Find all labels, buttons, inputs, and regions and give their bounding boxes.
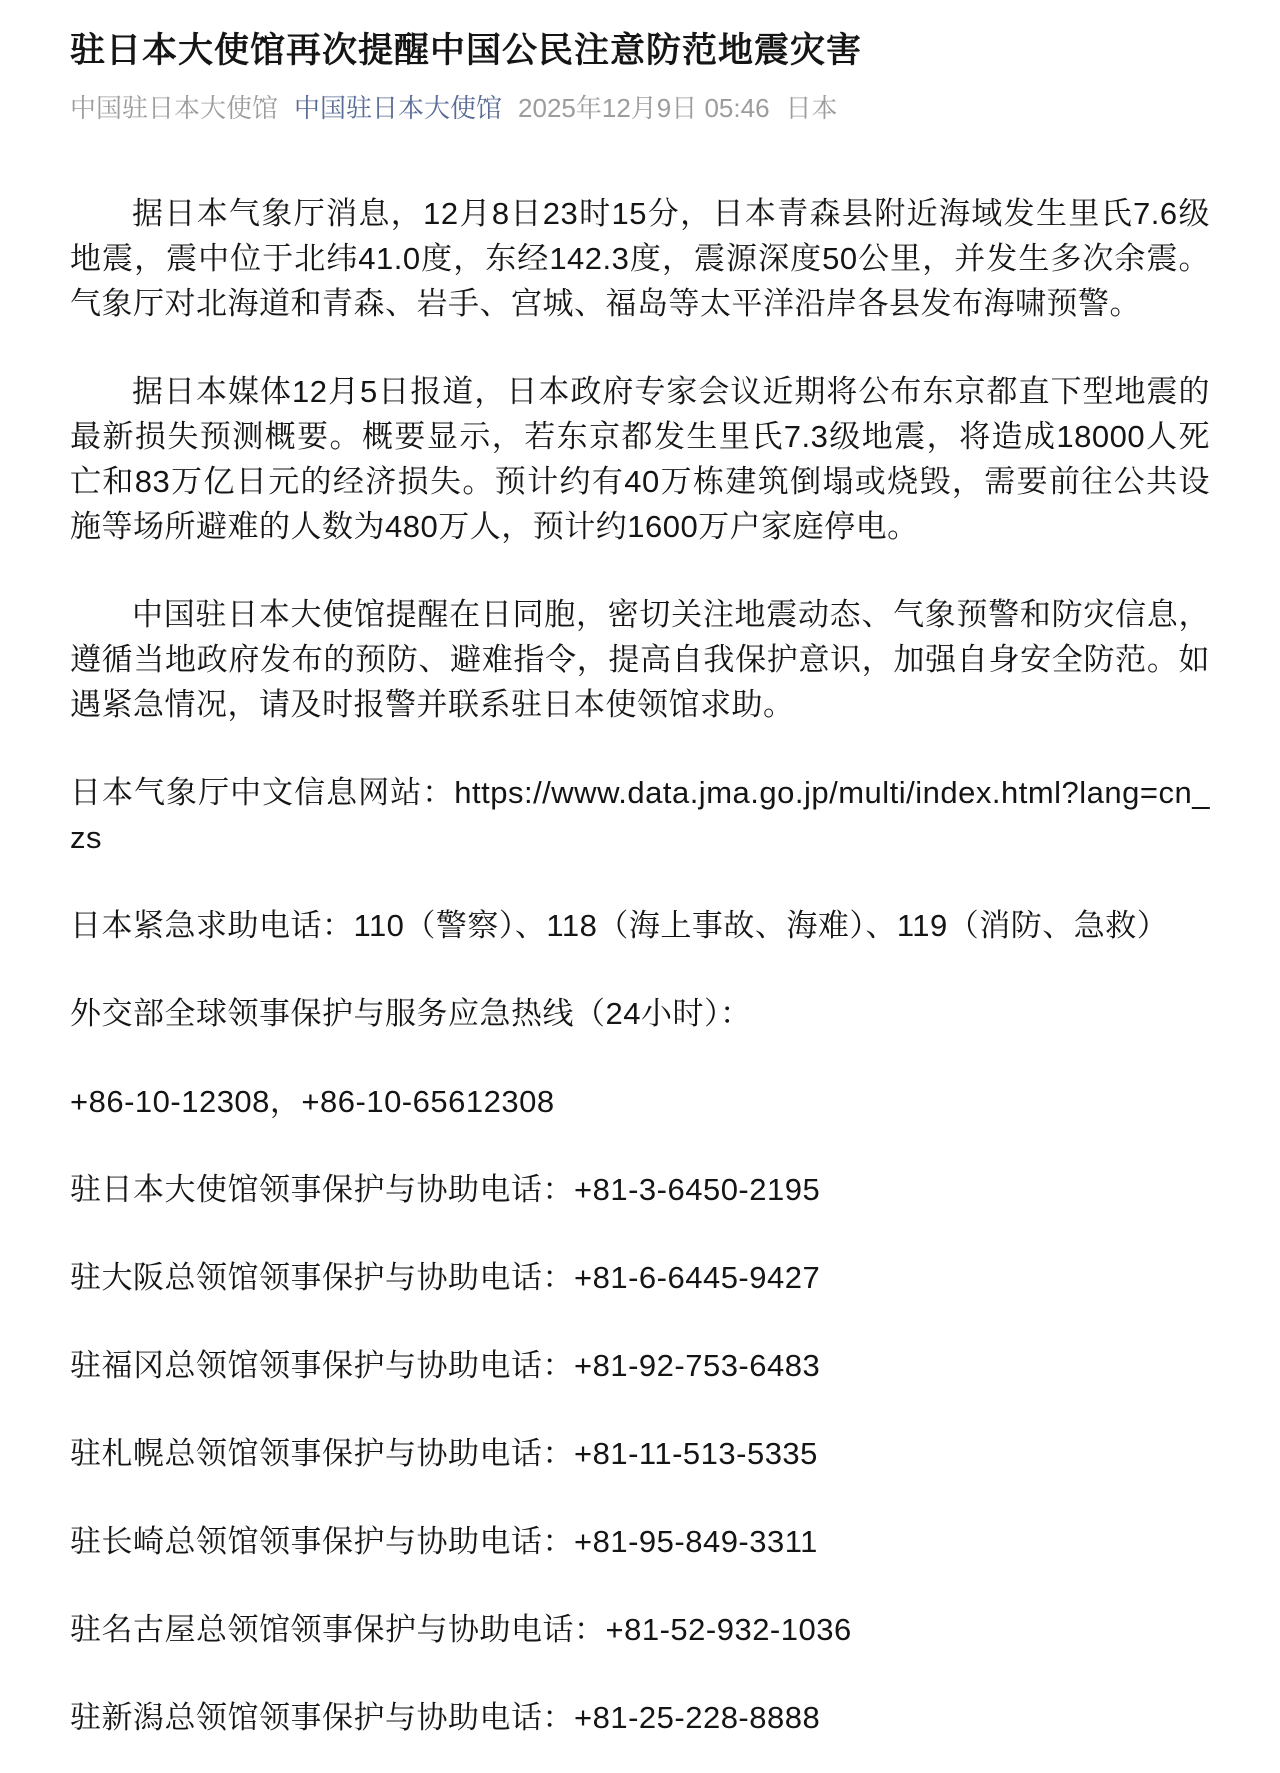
byline-location: 日本	[786, 91, 838, 125]
article-paragraph: +86-10-12308，+86-10-65612308	[70, 1079, 1210, 1124]
article-paragraph: 日本紧急求助电话：110（警察）、118（海上事故、海难）、119（消防、急救）	[70, 903, 1210, 948]
article-paragraph: 驻长崎总领馆领事保护与协助电话：+81-95-849-3311	[70, 1519, 1210, 1564]
article-paragraph: 外交部全球领事保护与服务应急热线（24小时）：	[70, 991, 1210, 1036]
byline-author: 中国驻日本大使馆	[70, 91, 278, 125]
article-paragraph: 驻新潟总领馆领事保护与协助电话：+81-25-228-8888	[70, 1695, 1210, 1740]
article-body: 据日本气象厅消息，12月8日23时15分，日本青森县附近海域发生里氏7.6级地震…	[70, 125, 1210, 1740]
article-paragraph: 驻名古屋总领馆领事保护与协助电话：+81-52-932-1036	[70, 1607, 1210, 1652]
article-paragraph: 驻大阪总领馆领事保护与协助电话：+81-6-6445-9427	[70, 1255, 1210, 1300]
article-page: 驻日本大使馆再次提醒中国公民注意防范地震灾害 中国驻日本大使馆 中国驻日本大使馆…	[0, 0, 1280, 1773]
article-paragraph: 中国驻日本大使馆提醒在日同胞，密切关注地震动态、气象预警和防灾信息，遵循当地政府…	[70, 592, 1210, 727]
byline-datetime: 2025年12月9日 05:46	[518, 91, 770, 125]
article-paragraph: 驻札幌总领馆领事保护与协助电话：+81-11-513-5335	[70, 1431, 1210, 1476]
page-title: 驻日本大使馆再次提醒中国公民注意防范地震灾害	[70, 28, 1210, 74]
article-paragraph: 据日本气象厅消息，12月8日23时15分，日本青森县附近海域发生里氏7.6级地震…	[70, 191, 1210, 326]
article-paragraph: 驻日本大使馆领事保护与协助电话：+81-3-6450-2195	[70, 1167, 1210, 1212]
article-content: 驻日本大使馆再次提醒中国公民注意防范地震灾害 中国驻日本大使馆 中国驻日本大使馆…	[0, 0, 1280, 1740]
article-paragraph: 日本气象厅中文信息网站：https://www.data.jma.go.jp/m…	[70, 770, 1210, 860]
byline-account-link[interactable]: 中国驻日本大使馆	[294, 91, 502, 125]
article-paragraph: 据日本媒体12月5日报道，日本政府专家会议近期将公布东京都直下型地震的最新损失预…	[70, 369, 1210, 549]
byline: 中国驻日本大使馆 中国驻日本大使馆 2025年12月9日 05:46 日本	[70, 91, 1210, 125]
article-paragraph: 驻福冈总领馆领事保护与协助电话：+81-92-753-6483	[70, 1343, 1210, 1388]
